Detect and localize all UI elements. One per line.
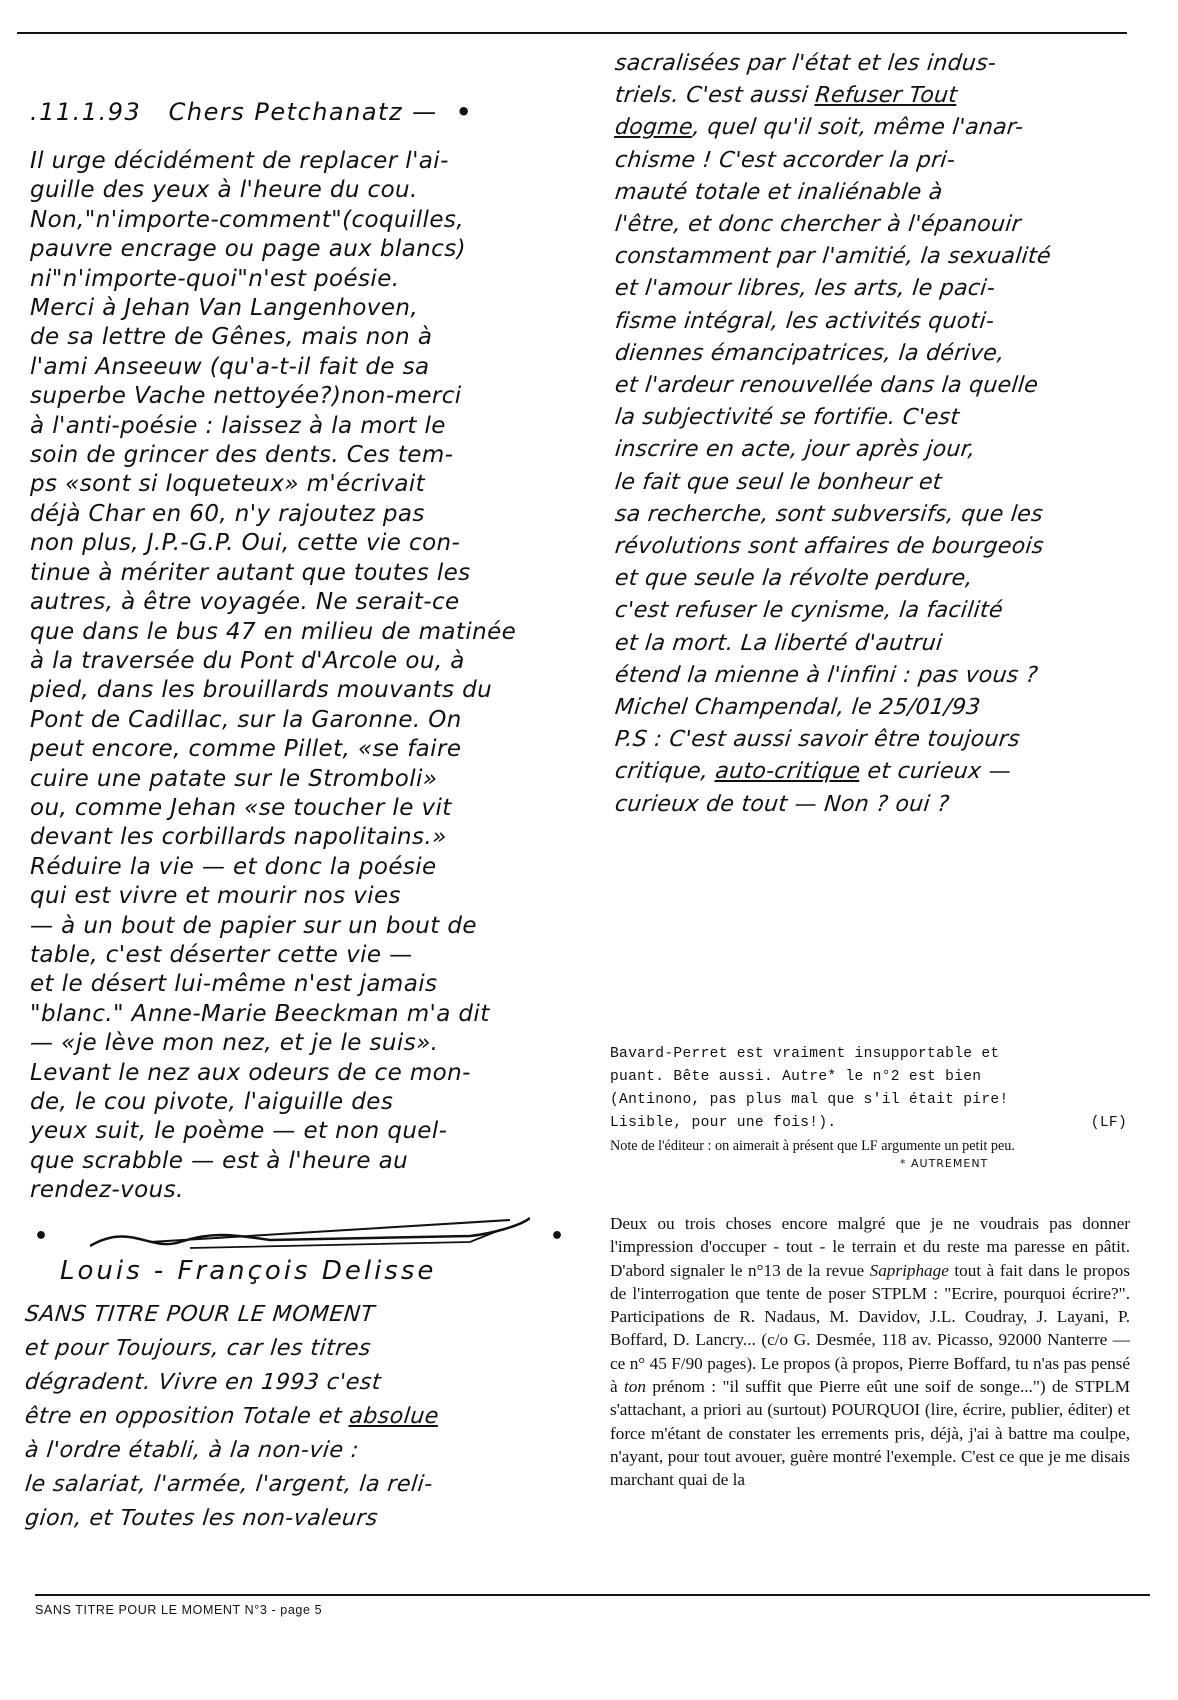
- letter-line: cuire une patate sur le Stromboli»: [30, 765, 585, 794]
- letter-header: .11.1.93 Chers Petchanatz — •: [30, 95, 585, 129]
- handwritten-line: diennes émancipatrices, la dérive,: [613, 338, 1141, 370]
- attribution: (LF): [1091, 1112, 1127, 1135]
- letter-line: superbe Vache nettoyée?)non-merci: [30, 382, 585, 411]
- handwritten-line: la subjectivité se fortifie. C'est: [613, 402, 1141, 434]
- poem-line: et pour Toujours, car les titres: [23, 1332, 587, 1366]
- journal-title: Sapriphage: [870, 1261, 949, 1280]
- editor-note-block: Note de l'éditeur : on aimerait à présen…: [610, 1135, 1135, 1157]
- page-footer: SANS TITRE POUR LE MOMENT N°3 - page 5: [35, 1603, 322, 1617]
- footnote-autrement: * AUTREMENT: [900, 1157, 988, 1170]
- underlined-word: absolue: [348, 1404, 440, 1429]
- handwritten-line: inscrire en acte, jour après jour,: [613, 434, 1141, 466]
- handwritten-line: dogme, quel qu'il soit, même l'anar-: [613, 112, 1141, 144]
- letter-line: Non,"n'importe-comment"(coquilles,: [30, 206, 585, 235]
- poem-line: gion, et Toutes les non-valeurs: [23, 1502, 587, 1536]
- underlined-word: dogme: [614, 115, 694, 140]
- letter-line: "blanc." Anne-Marie Beeckman m'a dit: [30, 1000, 585, 1029]
- letter-line: rendez-vous.: [30, 1176, 585, 1205]
- poem-line: à l'ordre établi, à la non-vie :: [23, 1434, 587, 1468]
- letter-line: — à un bout de papier sur un bout de: [30, 912, 585, 941]
- handwritten-line: triels. C'est aussi Refuser Tout: [613, 80, 1141, 112]
- letter-body: Il urge décidément de replacer l'ai-guil…: [30, 147, 585, 1206]
- handwritten-line: curieux de tout — Non ? oui ?: [613, 789, 1141, 821]
- handwritten-line: le fait que seul le bonheur et: [613, 467, 1141, 499]
- handwritten-line: révolutions sont affaires de bourgeois: [613, 531, 1141, 563]
- letter-line: pauvre encrage ou page aux blancs): [30, 235, 585, 264]
- letter-line: devant les corbillards napolitains.»: [30, 823, 585, 852]
- handwritten-line: constamment par l'amitié, la sexualité: [613, 241, 1141, 273]
- typed-note-body: Bavard-Perret est vraiment insupportable…: [610, 1043, 1135, 1135]
- underlined-word: Refuser Tout: [814, 83, 959, 108]
- handwritten-line: sa recherche, sont subversifs, que les: [613, 499, 1141, 531]
- poem-body: SANS TITRE POUR LE MOMENTet pour Toujour…: [25, 1298, 585, 1536]
- letter-line: autres, à être voyagée. Ne serait-ce: [30, 588, 585, 617]
- poem-champendal-part2: sacralisées par l'état et les indus-trie…: [615, 48, 1140, 821]
- handwritten-line: et que seule la révolte perdure,: [613, 563, 1141, 595]
- top-rule: [17, 32, 1127, 34]
- typed-line: (Antinono, pas plus mal que s'il était p…: [610, 1089, 1135, 1112]
- letter-line: Pont de Cadillac, sur la Garonne. On: [30, 706, 585, 735]
- letter-line: — «je lève mon nez, et je le suis».: [30, 1029, 585, 1058]
- letter-line: déjà Char en 60, n'y rajoutez pas: [30, 500, 585, 529]
- letter-line: guille des yeux à l'heure du cou.: [30, 176, 585, 205]
- letter-date: .11.1.93: [30, 98, 141, 126]
- typed-line: puant. Bête aussi. Autre* le n°2 est bie…: [610, 1066, 1135, 1089]
- letter-line: Réduire la vie — et donc la poésie: [30, 853, 585, 882]
- letter-line: qui est vivre et mourir nos vies: [30, 882, 585, 911]
- handwritten-line: c'est refuser le cynisme, la facilité: [613, 595, 1141, 627]
- letter-line: de, le cou pivote, l'aiguille des: [30, 1088, 585, 1117]
- right-handwritten-body: sacralisées par l'état et les indus-trie…: [615, 48, 1140, 821]
- letter-line: ou, comme Jehan «se toucher le vit: [30, 794, 585, 823]
- bullet-dot: •: [550, 1224, 564, 1249]
- letter-salutation: Chers Petchanatz —: [169, 98, 438, 126]
- bullet-dot: •: [34, 1224, 48, 1249]
- typed-line: Bavard-Perret est vraiment insupportable…: [610, 1043, 1135, 1066]
- handwritten-line: et l'ardeur renouvellée dans la quelle: [613, 370, 1141, 402]
- letter-line: soin de grincer des dents. Ces tem-: [30, 441, 585, 470]
- handwritten-line: chisme ! C'est accorder la pri-: [613, 145, 1141, 177]
- bullet-dot: •: [456, 98, 473, 126]
- letter-line: ps «sont si loqueteux» m'écrivait: [30, 470, 585, 499]
- letter-line: et le désert lui-même n'est jamais: [30, 970, 585, 999]
- handwritten-line: fisme intégral, les activités quoti-: [613, 306, 1141, 338]
- handwritten-line: sacralisées par l'état et les indus-: [613, 48, 1141, 80]
- underlined-word: auto-critique: [714, 759, 861, 784]
- letter-line: yeux suit, le poème — et non quel-: [30, 1117, 585, 1146]
- typed-note: Bavard-Perret est vraiment insupportable…: [610, 1043, 1135, 1157]
- letter-line: tinue à mériter autant que toutes les: [30, 559, 585, 588]
- letter-line: ni"n'importe-quoi"n'est poésie.: [30, 265, 585, 294]
- editor-note: Note de l'éditeur : on aimerait à présen…: [610, 1135, 1135, 1157]
- letter-delisse: .11.1.93 Chers Petchanatz — • Il urge dé…: [30, 95, 585, 1302]
- letter-line: pied, dans les brouillards mouvants du: [30, 676, 585, 705]
- poem-champendal-part1: SANS TITRE POUR LE MOMENTet pour Toujour…: [25, 1298, 585, 1536]
- letter-line: l'ami Anseeuw (qu'a-t-il fait de sa: [30, 353, 585, 382]
- handwritten-line: mauté totale et inaliénable à: [613, 177, 1141, 209]
- handwritten-line: Michel Champendal, le 25/01/93: [613, 692, 1141, 724]
- letter-line: Levant le nez aux odeurs de ce mon-: [30, 1059, 585, 1088]
- handwritten-line: critique, auto-critique et curieux —: [613, 756, 1141, 788]
- letter-line: Il urge décidément de replacer l'ai-: [30, 147, 585, 176]
- handwritten-line: l'être, et donc chercher à l'épanouir: [613, 209, 1141, 241]
- handwritten-line: et la mort. La liberté d'autrui: [613, 628, 1141, 660]
- emphasis: ton: [624, 1377, 646, 1396]
- typed-line: Lisible, pour une fois!).(LF): [610, 1112, 1135, 1135]
- signature-name: Louis - François Delisse: [60, 1256, 436, 1286]
- letter-line: que dans le bus 47 en milieu de matinée: [30, 618, 585, 647]
- handwritten-line: P.S : C'est aussi savoir être toujours: [613, 724, 1141, 756]
- poem-line: le salariat, l'armée, l'argent, la reli-: [23, 1468, 587, 1502]
- poem-line: SANS TITRE POUR LE MOMENT: [23, 1298, 587, 1332]
- letter-line: que scrabble — est à l'heure au: [30, 1147, 585, 1176]
- handwritten-line: étend la mienne à l'infini : pas vous ?: [613, 660, 1141, 692]
- signature-scrawl-icon: [90, 1212, 530, 1252]
- article-paragraph: Deux ou trois choses encore malgré que j…: [610, 1212, 1130, 1492]
- letter-line: de sa lettre de Gênes, mais non à: [30, 323, 585, 352]
- letter-line: peut encore, comme Pillet, «se faire: [30, 735, 585, 764]
- letter-line: Merci à Jehan Van Langenhoven,: [30, 294, 585, 323]
- poem-line: dégradent. Vivre en 1993 c'est: [23, 1366, 587, 1400]
- letter-line: non plus, J.P.-G.P. Oui, cette vie con-: [30, 529, 585, 558]
- signature-block: • • Louis - François Delisse: [30, 1212, 585, 1302]
- letter-line: à la traversée du Pont d'Arcole ou, à: [30, 647, 585, 676]
- poem-line: être en opposition Totale et absolue: [23, 1400, 587, 1434]
- article-text: Deux ou trois choses encore malgré que j…: [610, 1212, 1130, 1492]
- bottom-rule: [35, 1594, 1150, 1596]
- letter-line: table, c'est déserter cette vie —: [30, 941, 585, 970]
- handwritten-line: et l'amour libres, les arts, le paci-: [613, 273, 1141, 305]
- letter-line: à l'anti-poésie : laissez à la mort le: [30, 412, 585, 441]
